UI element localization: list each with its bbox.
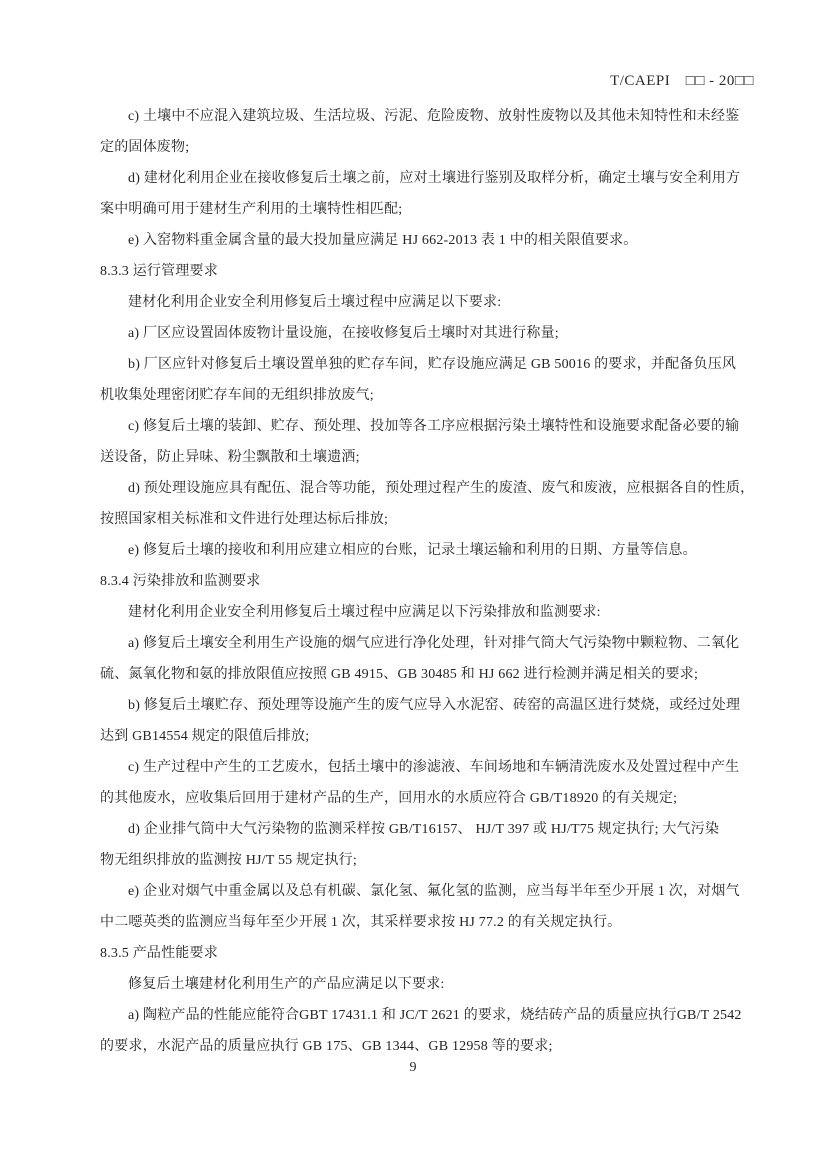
section-heading: 8.3.5 产品性能要求 [100, 938, 760, 969]
text-line: 中二噁英类的监测应当每年至少开展 1 次，其采样要求按 HJ 77.2 的有关规… [100, 907, 760, 938]
text-line: 硫、氮氧化物和氨的排放限值应按照 GB 4915、GB 30485 和 HJ 6… [100, 659, 760, 690]
text-line: 修复后土壤建材化利用生产的产品应满足以下要求: [100, 969, 760, 1000]
text-line: d) 建材化利用企业在接收修复后土壤之前，应对土壤进行鉴别及取样分析，确定土壤与… [100, 163, 760, 194]
text-line: c) 土壤中不应混入建筑垃圾、生活垃圾、污泥、危险废物、放射性废物以及其他未知特… [100, 101, 760, 132]
text-line: 建材化利用企业安全利用修复后土壤过程中应满足以下污染排放和监测要求: [100, 597, 760, 628]
section-heading: 8.3.4 污染排放和监测要求 [100, 566, 760, 597]
page-number: 9 [410, 1060, 417, 1075]
standard-number: T/CAEPI □□ - 20□□ [610, 73, 754, 89]
page-header: T/CAEPI □□ - 20□□ [593, 52, 754, 107]
text-line: e) 修复后土壤的接收和利用应建立相应的台账，记录土壤运输和利用的日期、方量等信… [100, 535, 760, 566]
document-body: c) 土壤中不应混入建筑垃圾、生活垃圾、污泥、危险废物、放射性废物以及其他未知特… [100, 101, 760, 1062]
text-line: 物无组织排放的监测按 HJ/T 55 规定执行; [100, 845, 760, 876]
text-line: e) 入窑物料重金属含量的最大投加量应满足 HJ 662-2013 表 1 中的… [100, 225, 760, 256]
text-line: e) 企业对烟气中重金属以及总有机碳、氯化氢、氟化氢的监测，应当每半年至少开展 … [100, 876, 760, 907]
page-footer: 9 [0, 1060, 826, 1076]
text-line: a) 陶粒产品的性能应能符合GBT 17431.1 和 JC/T 2621 的要… [100, 1000, 760, 1031]
document-page: T/CAEPI □□ - 20□□ c) 土壤中不应混入建筑垃圾、生活垃圾、污泥… [0, 0, 826, 1169]
text-line: 的其他废水，应收集后回用于建材产品的生产，回用水的水质应符合 GB/T18920… [100, 783, 760, 814]
text-line: c) 生产过程中产生的工艺废水，包括土壤中的渗滤液、车间场地和车辆清洗废水及处置… [100, 752, 760, 783]
text-line: b) 修复后土壤贮存、预处理等设施产生的废气应导入水泥窑、砖窑的高温区进行焚烧，… [100, 690, 760, 721]
text-line: a) 修复后土壤安全利用生产设施的烟气应进行净化处理，针对排气筒大气污染物中颗粒… [100, 628, 760, 659]
text-line: a) 厂区应设置固体废物计量设施，在接收修复后土壤时对其进行称量; [100, 318, 760, 349]
text-line: 定的固体废物; [100, 132, 760, 163]
text-line: 案中明确可用于建材生产利用的土壤特性相匹配; [100, 194, 760, 225]
text-line: b) 厂区应针对修复后土壤设置单独的贮存车间，贮存设施应满足 GB 50016 … [100, 349, 760, 380]
text-line: 送设备，防止异味、粉尘飘散和土壤遗洒; [100, 442, 760, 473]
text-line: c) 修复后土壤的装卸、贮存、预处理、投加等各工序应根据污染土壤特性和设施要求配… [100, 411, 760, 442]
text-line: 的要求，水泥产品的质量应执行 GB 175、GB 1344、GB 12958 等… [100, 1031, 760, 1062]
section-heading: 8.3.3 运行管理要求 [100, 256, 760, 287]
text-line: 建材化利用企业安全利用修复后土壤过程中应满足以下要求: [100, 287, 760, 318]
text-line: 达到 GB14554 规定的限值后排放; [100, 721, 760, 752]
text-line: d) 企业排气筒中大气污染物的监测采样按 GB/T16157、 HJ/T 397… [100, 814, 760, 845]
text-line: 机收集处理密闭贮存车间的无组织排放废气; [100, 380, 760, 411]
text-line: 按照国家相关标准和文件进行处理达标后排放; [100, 504, 760, 535]
text-line: d) 预处理设施应具有配伍、混合等功能，预处理过程产生的废渣、废气和废液，应根据… [100, 473, 760, 504]
